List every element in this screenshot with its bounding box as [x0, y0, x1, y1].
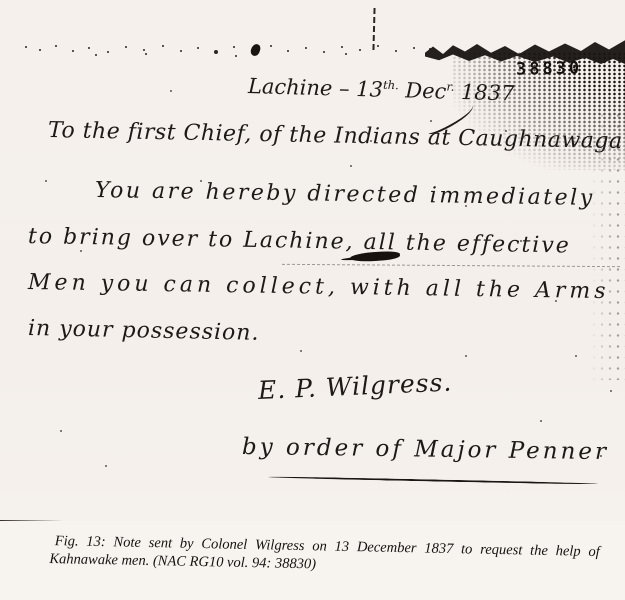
- signature-flourish-underline: [268, 476, 598, 485]
- handwritten-body-line: Men you can collect, with all the Arms: [28, 272, 610, 303]
- scan-noise-top-band: [25, 44, 27, 46]
- handwritten-body-line: to bring over to Lachine, all the effect…: [28, 226, 571, 257]
- handwritten-by-order-line: by order of Major Penner: [242, 436, 609, 464]
- handwritten-signature: E. P. Wilgress.: [257, 370, 452, 403]
- handwritten-date-line: Lachine – 13th. Decr. 1837: [248, 76, 515, 104]
- scanned-document-page: 38830 Lachine – 13th. Decr. 1837 To the …: [0, 0, 625, 600]
- date-place: Lachine – 13: [248, 74, 384, 102]
- handwritten-body-line: in your possession.: [28, 318, 260, 345]
- date-superscript-th: th.: [383, 78, 399, 92]
- archival-stamp-number: 38830: [516, 58, 583, 79]
- note-photo-area: 38830 Lachine – 13th. Decr. 1837 To the …: [0, 0, 625, 521]
- faint-dashed-rule: [282, 264, 620, 267]
- date-year: 1837: [454, 80, 515, 106]
- scan-noise-scatter: [0, 0, 2, 2]
- handwritten-body-line: You are hereby directed immediately: [95, 180, 595, 210]
- scan-scratch-line: [372, 8, 375, 50]
- scan-noise-blob: [250, 43, 261, 57]
- date-month: Dec: [398, 78, 446, 103]
